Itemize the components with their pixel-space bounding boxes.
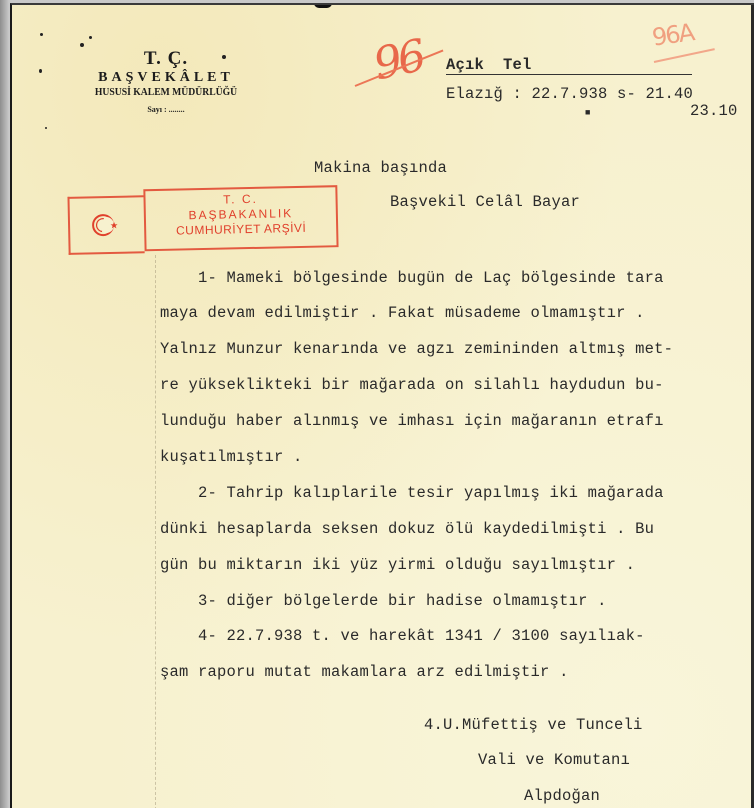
body-line: 1- Mameki bölgesinde bugün de Laç bölges…	[160, 269, 664, 287]
stamp-emblem-box	[67, 195, 144, 255]
letterhead-number-field: Sayı : ........	[60, 103, 272, 117]
signature-title-line-2: Vali ve Komutanı	[478, 751, 630, 769]
ink-speck	[39, 69, 42, 73]
ink-speck	[45, 127, 47, 129]
crescent-star-icon	[92, 212, 119, 239]
letterhead-department: HUSUSİ KALEM MÜDÜRLÜĞÜ	[68, 86, 263, 100]
handwritten-page-number-alt: 96A	[650, 18, 694, 51]
telegram-type-title: Açık Tel	[446, 56, 692, 75]
body-line: maya devam edilmiştir . Fakat müsademe o…	[160, 304, 645, 322]
document-viewer-frame: T. Ç. BAŞVEKÂLET HUSUSİ KALEM MÜDÜRLÜĞÜ …	[0, 0, 754, 808]
letterhead-tc: T. Ç.	[60, 49, 272, 69]
body-line: 2- Tahrip kalıplarile tesir yapılmış iki…	[160, 484, 664, 502]
telegram-origin-date-time: Elazığ : 22.7.938 s- 21.40	[446, 85, 693, 103]
body-line: gün bu miktarın iki yüz yirmi olduğu say…	[160, 556, 635, 574]
typed-mark: ■	[585, 108, 591, 118]
body-line: re yükseklikteki bir mağarada on silahlı…	[160, 376, 664, 394]
addressee-line-2: Başvekil Celâl Bayar	[390, 193, 580, 211]
scanned-document-page: T. Ç. BAŞVEKÂLET HUSUSİ KALEM MÜDÜRLÜĞÜ …	[10, 3, 754, 808]
stamp-line-archive: CUMHURİYET ARŞİVİ	[146, 220, 336, 239]
body-line: kuşatılmıştır .	[160, 448, 303, 466]
telegram-time-received: 23.10	[690, 102, 738, 120]
body-line: lunduğu haber alınmış ve imhası için mağ…	[160, 412, 664, 430]
stamp-text-box: T. C. BAŞBAKANLIK CUMHURİYET ARŞİVİ	[143, 185, 338, 251]
archive-stamp: T. C. BAŞBAKANLIK CUMHURİYET ARŞİVİ	[67, 185, 338, 257]
signature-title-line-1: 4.U.Müfettiş ve Tunceli	[424, 716, 643, 734]
letterhead-basvekalet: BAŞVEKÂLET	[60, 69, 272, 86]
ink-speck	[80, 43, 84, 47]
letterhead: T. Ç. BAŞVEKÂLET HUSUSİ KALEM MÜDÜRLÜĞÜ …	[60, 49, 272, 117]
margin-fold-line	[155, 255, 156, 808]
body-line: 3- diğer bölgelerde bir hadise olmamıştı…	[160, 592, 607, 610]
binding-hole	[314, 3, 332, 8]
ink-speck	[40, 33, 43, 36]
body-line: dünki hesaplarda seksen dokuz ölü kayded…	[160, 520, 654, 538]
signature-name: Alpdoğan	[524, 787, 600, 805]
body-line: Yalnız Munzur kenarında ve agzı zeminind…	[160, 340, 673, 358]
body-line: şam raporu mutat makamlara arz edilmişti…	[160, 663, 569, 681]
addressee-line-1: Makina başında	[314, 159, 447, 177]
body-line: 4- 22.7.938 t. ve harekât 1341 / 3100 sa…	[160, 627, 645, 645]
ink-speck	[89, 36, 92, 39]
